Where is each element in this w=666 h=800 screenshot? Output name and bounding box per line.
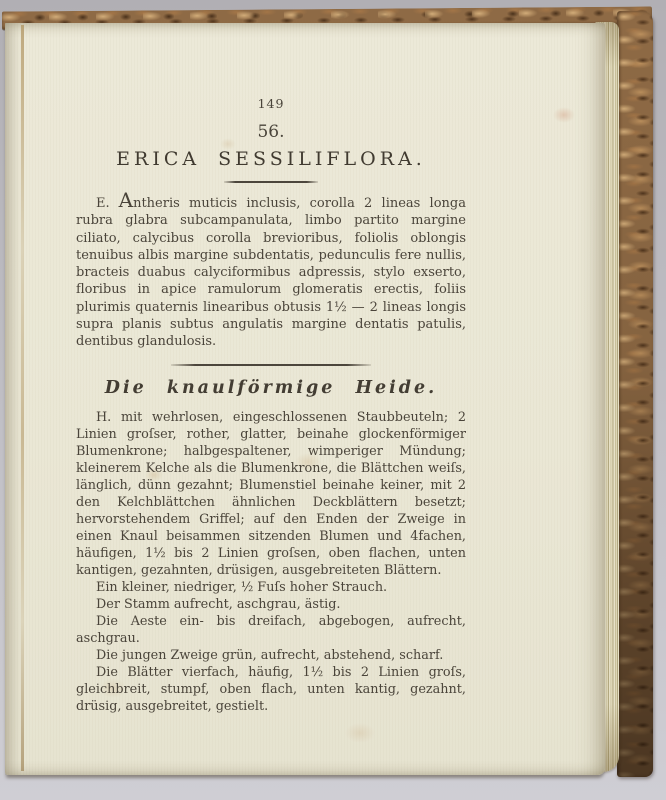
gutter-shadow <box>5 23 21 775</box>
genus-abbreviation: E. <box>96 196 110 211</box>
entry-number: 56. <box>76 123 466 141</box>
latin-body: muticis inclusis, corolla 2 lineas longa… <box>76 196 466 349</box>
german-paragraph: H. mit wehrlosen, eingeschlossenen Staub… <box>76 409 466 579</box>
page-content: 149 56. ERICA SESSILIFLORA. E.Antheris m… <box>76 96 466 715</box>
german-paragraph: Der Stamm aufrecht, aschgrau, ästig. <box>76 596 466 613</box>
german-heading: Die knaulförmige Heide. <box>76 378 466 398</box>
photo-backdrop: 149 56. ERICA SESSILIFLORA. E.Antheris m… <box>0 0 666 800</box>
latin-description: E.Antheris muticis inclusis, corolla 2 l… <box>76 195 466 351</box>
book-page: 149 56. ERICA SESSILIFLORA. E.Antheris m… <box>5 23 605 775</box>
species-title: ERICA SESSILIFLORA. <box>76 148 466 170</box>
german-paragraph: Die Aeste ein- bis dreifach, abgebogen, … <box>76 613 466 647</box>
title-rule <box>224 181 318 183</box>
german-paragraph: Die Blätter vierfach, häufig, 1½ bis 2 L… <box>76 664 466 715</box>
first-word-rest: ntheris <box>133 196 180 211</box>
page-crease <box>21 25 24 771</box>
drop-initial: A <box>119 188 133 212</box>
book-cover-fore-edge <box>617 11 653 777</box>
foxing-spot <box>345 723 375 743</box>
section-rule <box>171 364 371 366</box>
page-number: 149 <box>76 96 466 111</box>
foxing-spot <box>553 107 575 123</box>
german-paragraph: Ein kleiner, niedriger, ½ Fuſs hoher Str… <box>76 579 466 596</box>
german-paragraph: Die jungen Zweige grün, aufrecht, absteh… <box>76 647 466 664</box>
